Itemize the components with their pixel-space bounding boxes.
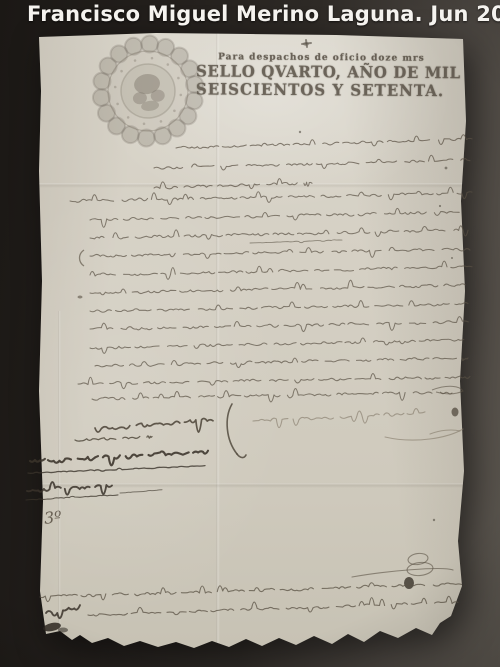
print-title-line-2: SEISCIENTOS Y SETENTA. (196, 80, 446, 101)
photo-caption: Francisco Miguel Merino Laguna. Jun 2018 (27, 2, 500, 26)
document-paper: Para despachos de oficio doze mrs SELLO … (36, 31, 466, 648)
horizontal-fold-crease-upper (36, 183, 466, 188)
document-photo: Para despachos de oficio doze mrs SELLO … (0, 0, 500, 667)
photo-frame: Francisco Miguel Merino Laguna. Jun 2018… (0, 0, 500, 667)
printed-seal-header: Para despachos de oficio doze mrs SELLO … (196, 52, 446, 100)
folio-mark: 3º (43, 507, 63, 528)
vertical-fold-crease (216, 31, 220, 648)
vertical-fold-crease-left (58, 311, 61, 646)
horizontal-fold-crease-lower (36, 483, 466, 488)
